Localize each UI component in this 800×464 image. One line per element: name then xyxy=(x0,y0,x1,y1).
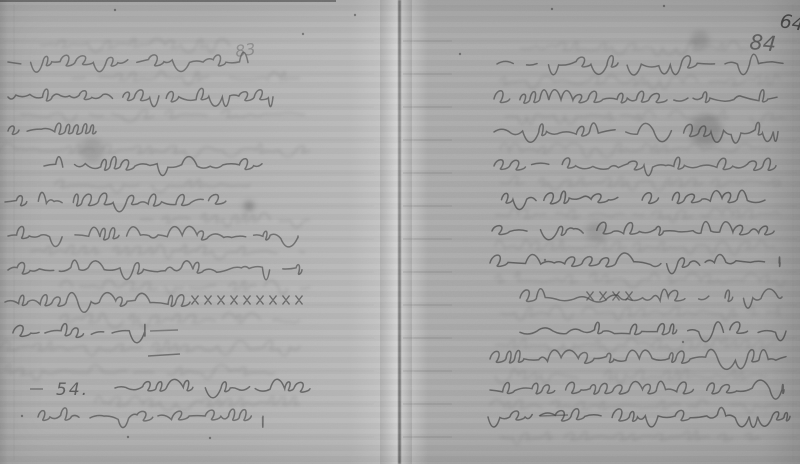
handwriting-layer: 64 84 83 54. xyxy=(0,0,800,464)
manuscript-scan: 64 84 83 54. xyxy=(0,0,800,464)
paper-grain-texture xyxy=(0,0,800,464)
